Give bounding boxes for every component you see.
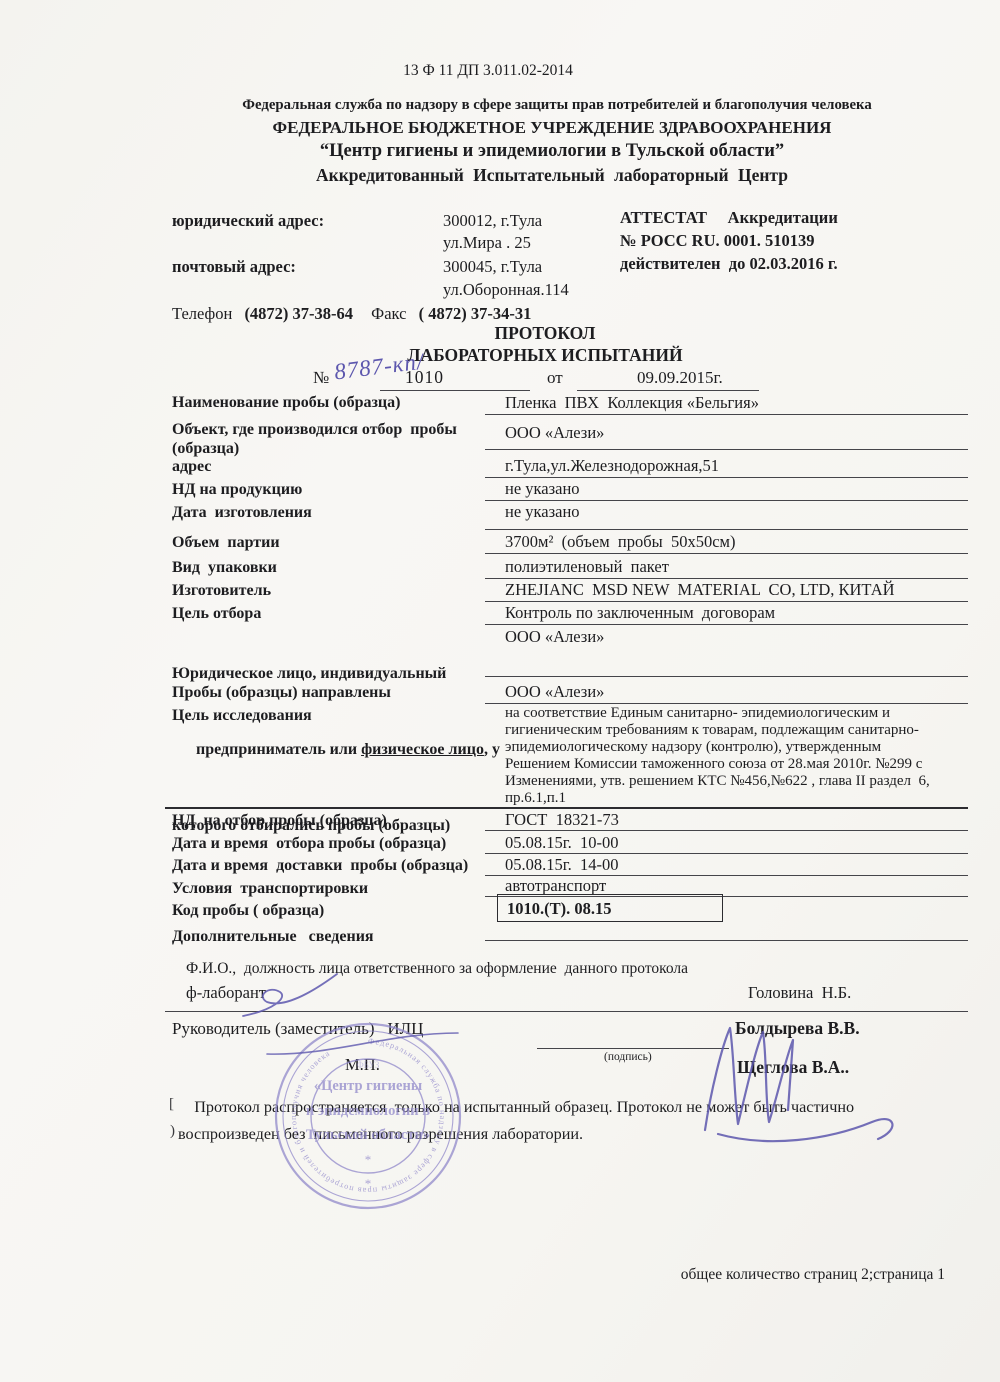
field-label: Цель отбора [172, 604, 504, 623]
phone-fax-line: Телефон (4872) 37-38-64 Факс ( 4872) 37-… [172, 304, 531, 324]
field-label: Дополнительные сведения [172, 927, 504, 946]
postal-address-label: почтовый адрес: [172, 257, 296, 277]
field-label: Изготовитель [172, 581, 504, 600]
field-value: не указано [485, 479, 968, 501]
field-label: Вид упаковки [172, 558, 504, 577]
phone-value: (4872) 37-38-64 [244, 304, 353, 323]
field-value: Контроль по заключенным договорам [485, 603, 968, 625]
fax-value: ( 4872) 37-34-31 [419, 304, 532, 323]
field-label-part: предприниматель или [196, 741, 361, 758]
field-label: адрес [172, 457, 504, 476]
field-label: Объект, где производился отбор пробы (об… [172, 420, 504, 458]
attestat-line2: № РОСС RU. 0001. 510139 [620, 231, 815, 251]
signature-lab-assistant [235, 968, 355, 1023]
field-label: Дата и время отбора пробы (образца) [172, 834, 504, 853]
postal-address-line2: ул.Оборонная.114 [443, 280, 569, 300]
signature-signer [650, 1012, 920, 1152]
field-value: Пленка ПВХ Коллекция «Бельгия» [485, 393, 968, 415]
number-sign: № [313, 368, 329, 388]
field-value: 05.08.15г. 10-00 [485, 833, 968, 854]
number-underline [380, 390, 530, 391]
attestat-line3: действителен до 02.03.2016 г. [620, 254, 838, 274]
stamp-center-line3: Тульской области» [306, 1127, 430, 1143]
stamp-star-1: * [365, 1152, 372, 1167]
field-label: Объем партии [172, 533, 504, 552]
protocol-title-line1: ПРОТОКОЛ [145, 323, 945, 344]
field-label: НД на отбор пробы (образца) [172, 811, 504, 830]
field-label: Дата и время доставки пробы (образца) [172, 856, 504, 875]
field-value: 05.08.15г. 14-00 [485, 855, 968, 876]
field-label: Дата изготовления [172, 503, 504, 522]
stamp-star-2: * [365, 1176, 372, 1191]
section-divider-line [165, 807, 968, 809]
doc-code: 13 Ф 11 ДП 3.011.02-2014 [88, 62, 888, 80]
field-label: НД на продукцию [172, 480, 504, 499]
field-label-line: Юридическое лицо, индивидуальный [172, 664, 504, 683]
field-label: Цель исследования [172, 706, 504, 725]
from-word: от [547, 368, 563, 388]
field-value: ООО «Алези» [485, 627, 968, 677]
legal-address-label: юридический адрес: [172, 211, 324, 231]
field-label: Код пробы ( образца) [172, 901, 504, 920]
field-value: ООО «Алези» [485, 423, 968, 450]
sample-code-value: 1010.(Т). 08.15 [507, 899, 612, 919]
org-name-line3: Аккредитованный Испытательный лабораторн… [152, 165, 952, 186]
protocol-title-line2: ЛАБОРАТОРНЫХ ИСПЫТАНИЙ [145, 345, 945, 366]
responsible-name: Головина Н.Б. [748, 983, 851, 1003]
field-value: г.Тула,ул.Железнодорожная,51 [485, 456, 968, 478]
podpis-caption: (подпись) [604, 1051, 652, 1063]
attestat-line1: АТТЕСТАТ Аккредитации [620, 208, 838, 228]
field-value: полиэтиленовый пакет [485, 557, 968, 579]
field-value: ZHEJIANC MSD NEW MATERIAL CO, LTD, КИТАЙ [485, 580, 968, 602]
agency-line: Федеральная служба по надзору в сфере за… [152, 97, 962, 114]
field-value: ГОСТ 18321-73 [485, 810, 968, 831]
margin-mark-2: ) [170, 1123, 175, 1140]
signature-flourish-line [262, 1026, 462, 1061]
field-label: Условия транспортировки [172, 879, 504, 898]
org-name-line2: “Центр гигиены и эпидемиологии в Тульско… [152, 141, 952, 162]
field-label: Пробы (образцы) направлены [172, 683, 504, 702]
scanned-protocol-page: 13 Ф 11 ДП 3.011.02-2014 Федеральная слу… [0, 0, 1000, 1382]
protocol-date: 09.09.2015г. [637, 368, 723, 388]
field-value: не указано [485, 502, 968, 530]
field-value: 3700м² (объем пробы 50х50см) [485, 532, 968, 554]
field-value-empty [485, 925, 968, 941]
field-label: Наименование пробы (образца) [172, 393, 504, 412]
org-name-line1: ФЕДЕРАЛЬНОЕ БЮДЖЕТНОЕ УЧРЕЖДЕНИЕ ЗДРАВОО… [152, 118, 952, 138]
field-label-underlined-part: физическое лицо [361, 741, 484, 758]
postal-address-line1: 300045, г.Тула [443, 257, 542, 277]
protocol-number-printed: 1010 [405, 367, 444, 388]
margin-mark-1: [ [169, 1096, 174, 1113]
fax-label: Факс [371, 304, 406, 323]
page-count-line: общее количество страниц 2;страница 1 [545, 1266, 945, 1284]
legal-address-line1: 300012, г.Тула [443, 211, 542, 231]
field-value-purpose: на соответствие Единым санитарно- эпидем… [485, 705, 968, 809]
stamp-center-line2: и эпидемиологии в [306, 1103, 430, 1119]
date-underline [577, 390, 759, 391]
field-value: ООО «Алези» [485, 682, 968, 704]
phone-label: Телефон [172, 304, 232, 323]
stamp-center-line1: «Центр гигиены [314, 1078, 422, 1094]
legal-address-line2: ул.Мира . 25 [443, 233, 531, 253]
stamp-small-top-text: ФБУЗ [357, 1060, 380, 1070]
